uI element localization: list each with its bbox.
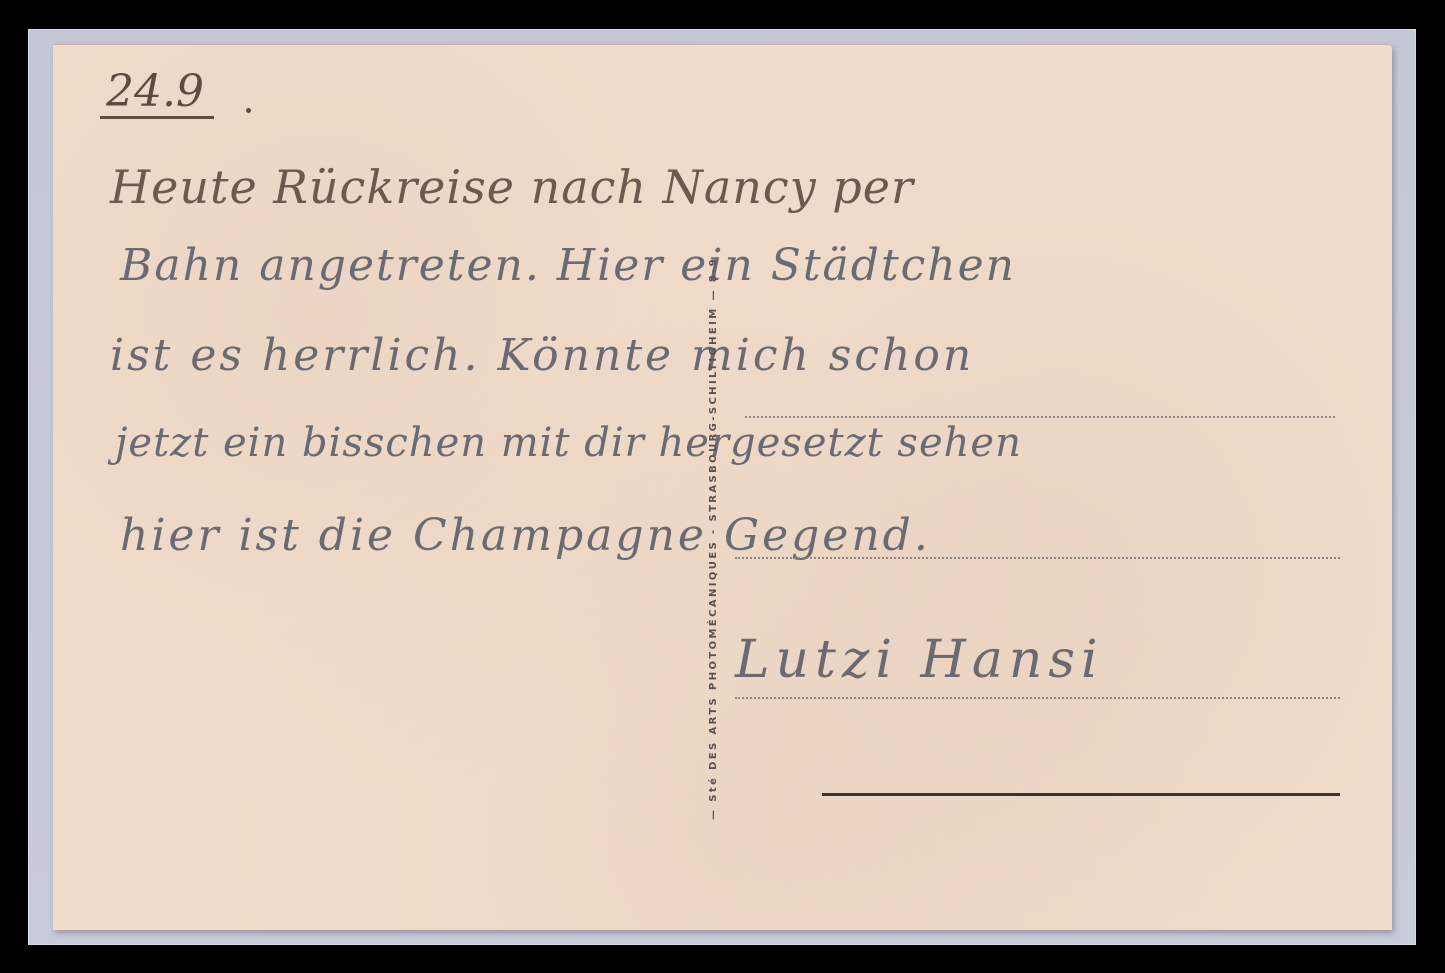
message-line-2: Bahn angetreten. Hier ein Städtchen [120,240,1016,291]
message-line-3: ist es herrlich. Könnte mich schon [110,330,974,381]
address-line-4 [822,793,1340,796]
publisher-imprint: — Sté DES ARTS PHOTOMÉCANIQUES - STRASBO… [708,257,719,820]
address-line-1 [745,416,1335,418]
message-line-1: Heute Rückreise nach Nancy per [110,160,914,214]
address-line-3 [735,697,1340,699]
message-line-5: hier ist die Champagne Gegend. [120,510,931,561]
signature: Lutzi Hansi [735,630,1104,690]
address-line-2 [735,557,1340,559]
message-line-4: jetzt ein bisschen mit dir hergesetzt se… [115,420,1022,466]
date-period [246,108,251,113]
handwritten-date: 24.9 [100,70,214,119]
